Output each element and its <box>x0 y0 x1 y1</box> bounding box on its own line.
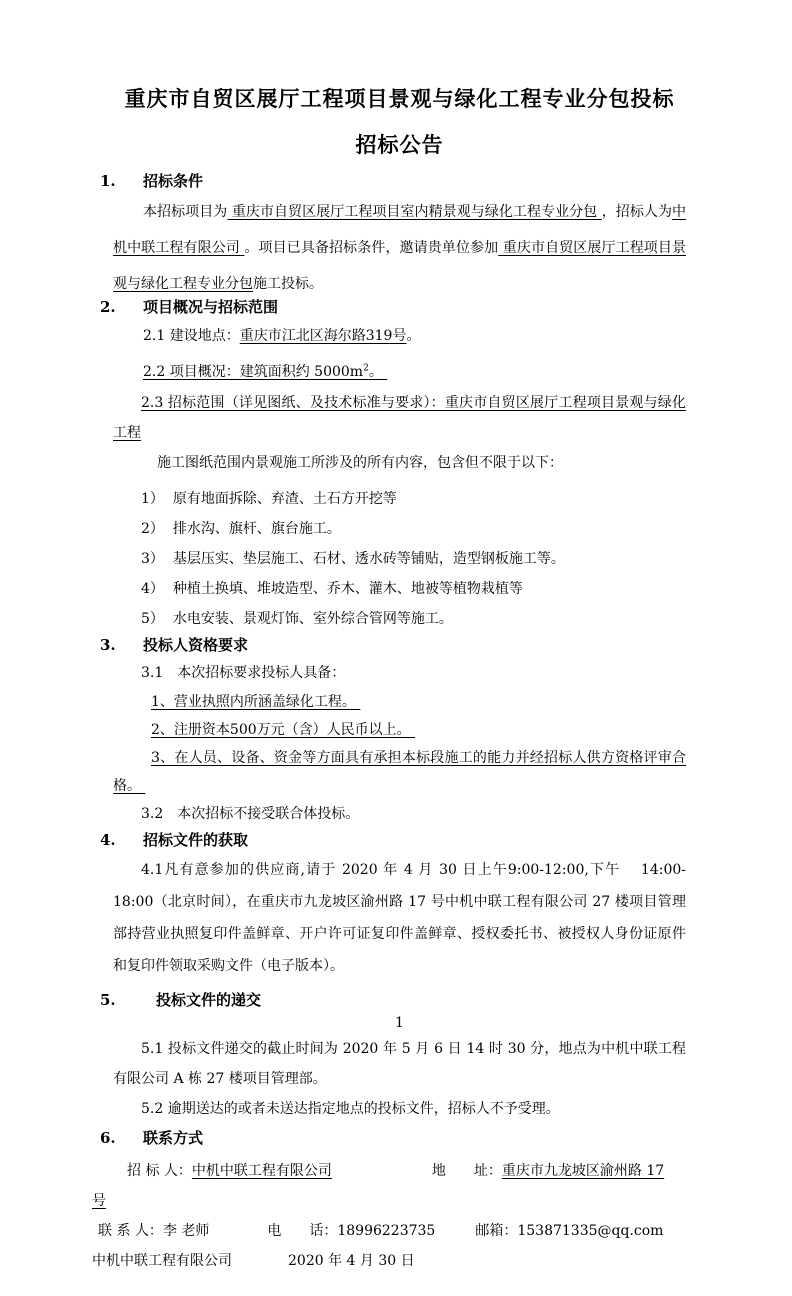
bidder-value: 中机中联工程有限公司 <box>192 1163 332 1179</box>
document-title: 重庆市自贸区展厅工程项目景观与绿化工程专业分包投标 招标公告 <box>113 76 686 168</box>
underlined-requirement: 1、营业执照内所涵盖绿化工程。 <box>151 694 360 710</box>
section-4-title: 招标文件的获取 <box>143 831 248 849</box>
clause-4-1: 4.1凡有意参加的供应商,请于 2020 年 4 月 30 日上午9:00-12… <box>113 854 686 982</box>
scope-intro-paragraph: 施工图纸范围内景观施工所涉及的所有内容，包含但不限于以下： <box>113 448 686 478</box>
text-run: 。 <box>369 364 387 380</box>
list-item-number: 5） <box>141 611 164 627</box>
section-4-heading: 4.招标文件的获取 <box>100 826 686 854</box>
underlined-requirement: 2、注册资本500万元（含）人民币以上。 <box>151 722 415 738</box>
signature-company: 中机中联工程有限公司 <box>92 1253 232 1269</box>
section-5-number: 5. <box>100 988 156 1012</box>
clause-3-2: 3.2 本次招标不接受联合体投标。 <box>113 800 686 828</box>
underlined-requirement: 3、在人员、设备、资金等方面具有承担本标段施工的能力并经招标人供方资格评审合格。 <box>113 750 686 794</box>
contact-label: 联 系 人： <box>98 1223 163 1239</box>
address-label: 地 址： <box>432 1163 502 1179</box>
clause-3-1: 3.1 本次招标要求投标人具备： <box>113 658 686 688</box>
text-run: 施工投标。 <box>253 276 323 292</box>
requirement-3: 3、在人员、设备、资金等方面具有承担本标段施工的能力并经招标人供方资格评审合格。 <box>113 744 686 800</box>
list-item-text: 种植土换填、堆坡造型、乔木、灌木、地被等植物栽植等 <box>173 581 523 597</box>
address-wrap-line: 号 <box>92 1186 686 1216</box>
clause-5-1: 5.1 投标文件递交的截止时间为 2020 年 5 月 6 日 14 时 30 … <box>113 1034 686 1094</box>
underlined-project-name: 重庆市自贸区展厅工程项目室内精景观与绿化工程专业分包 <box>227 204 601 220</box>
contact-line: 联 系 人：李 老师电 话：18996223735邮箱：153871335@qq… <box>92 1216 686 1246</box>
list-item-text: 原有地面拆除、弃渣、土石方开挖等 <box>173 491 397 507</box>
section-3-title: 投标人资格要求 <box>143 636 248 654</box>
text-run: 。 <box>406 328 420 344</box>
text-run: ，招标人为 <box>602 204 672 220</box>
section-3-number: 3. <box>100 632 143 658</box>
email-label: 邮箱： <box>475 1223 517 1239</box>
underlined-bid-scope: 2.3 招标范围（详见图纸、及技术标准与要求）：重庆市自贸区展厅工程项目景观与绿… <box>113 395 686 441</box>
clause-5-2: 5.2 逾期送达的或者未送达指定地点的投标文件，招标人不予受理。 <box>113 1094 686 1124</box>
list-item-text: 水电安装、景观灯饰、室外综合管网等施工。 <box>173 611 453 627</box>
text-run: 本招标项目为 <box>143 204 227 220</box>
title-line-2: 招标公告 <box>113 122 686 168</box>
address-value-continued: 号 <box>92 1193 106 1209</box>
requirement-2: 2、注册资本500万元（含）人民币以上。 <box>113 716 686 744</box>
text-run: 2.1 建设地点： <box>143 328 240 344</box>
signature-date: 2020 年 4 月 30 日 <box>288 1253 415 1269</box>
section-6-title: 联系方式 <box>143 1129 203 1147</box>
signature-line: 中机中联工程有限公司2020 年 4 月 30 日 <box>92 1246 686 1276</box>
scope-list-item: 1）原有地面拆除、弃渣、土石方开挖等 <box>113 484 686 514</box>
bidder-address-line: 招 标 人：中机中联工程有限公司地 址：重庆市九龙坡区渝州路 17 <box>92 1156 686 1186</box>
page-number: 1 <box>113 1012 686 1034</box>
title-line-1: 重庆市自贸区展厅工程项目景观与绿化工程专业分包投标 <box>113 76 686 122</box>
text-run: 。项目已具备招标条件，邀请贵单位参加 <box>244 240 498 256</box>
spacer <box>209 1234 267 1235</box>
section-1-heading: 1.招标条件 <box>100 168 686 194</box>
spacer <box>232 1264 288 1265</box>
email-value: 153871335@qq.com <box>517 1223 663 1239</box>
scope-list-item: 5）水电安装、景观灯饰、室外综合管网等施工。 <box>113 604 686 634</box>
scope-list-item: 4）种植土换填、堆坡造型、乔木、灌木、地被等植物栽植等 <box>113 574 686 604</box>
underlined-site-address: 重庆市江北区海尔路319号 <box>240 328 407 344</box>
clause-2-1: 2.1 建设地点：重庆市江北区海尔路319号。 <box>113 320 686 352</box>
underlined-project-overview: 2.2 项目概况：建筑面积约 5000m2。 <box>143 364 387 380</box>
list-item-text: 基层压实、垫层施工、石材、透水砖等铺贴，造型钢板施工等。 <box>173 551 565 567</box>
list-item-text: 排水沟、旗杆、旗台施工。 <box>173 521 341 537</box>
section-3-heading: 3.投标人资格要求 <box>100 632 686 658</box>
section-2-number: 2. <box>100 294 143 320</box>
section-2-title: 项目概况与招标范围 <box>143 298 278 316</box>
bidder-label: 招 标 人： <box>127 1163 192 1179</box>
section-5-heading: 5.投标文件的递交 <box>100 988 686 1012</box>
spacer <box>332 1174 432 1175</box>
contact-value: 李 老师 <box>163 1223 209 1239</box>
list-item-number: 1） <box>141 491 164 507</box>
scope-list-item: 3）基层压实、垫层施工、石材、透水砖等铺贴，造型钢板施工等。 <box>113 544 686 574</box>
section-1-title: 招标条件 <box>143 172 203 190</box>
section-4-number: 4. <box>100 826 143 854</box>
document-page: 重庆市自贸区展厅工程项目景观与绿化工程专业分包投标 招标公告 1.招标条件 本招… <box>0 0 792 1296</box>
section-1-paragraph: 本招标项目为 重庆市自贸区展厅工程项目室内精景观与绿化工程专业分包 ，招标人为中… <box>113 194 686 302</box>
section-1-number: 1. <box>100 168 143 194</box>
clause-2-3: 2.3 招标范围（详见图纸、及技术标准与要求）：重庆市自贸区展厅工程项目景观与绿… <box>113 388 686 448</box>
section-6-number: 6. <box>100 1124 143 1152</box>
phone-value: 18996223735 <box>337 1223 435 1239</box>
list-item-number: 3） <box>141 551 164 567</box>
clause-2-2: 2.2 项目概况：建筑面积约 5000m2。 <box>113 352 686 388</box>
list-item-number: 2） <box>141 521 164 537</box>
spacer <box>435 1234 475 1235</box>
phone-label: 电 话： <box>267 1223 337 1239</box>
scope-list-item: 2）排水沟、旗杆、旗台施工。 <box>113 514 686 544</box>
requirement-1: 1、营业执照内所涵盖绿化工程。 <box>113 688 686 716</box>
section-5-title: 投标文件的递交 <box>156 991 261 1009</box>
section-6-heading: 6.联系方式 <box>100 1124 686 1152</box>
text-run: 2.2 项目概况：建筑面积约 5000m <box>143 364 363 380</box>
address-value: 重庆市九龙坡区渝州路 17 <box>502 1163 664 1179</box>
list-item-number: 4） <box>141 581 164 597</box>
section-2-heading: 2.项目概况与招标范围 <box>100 294 686 320</box>
